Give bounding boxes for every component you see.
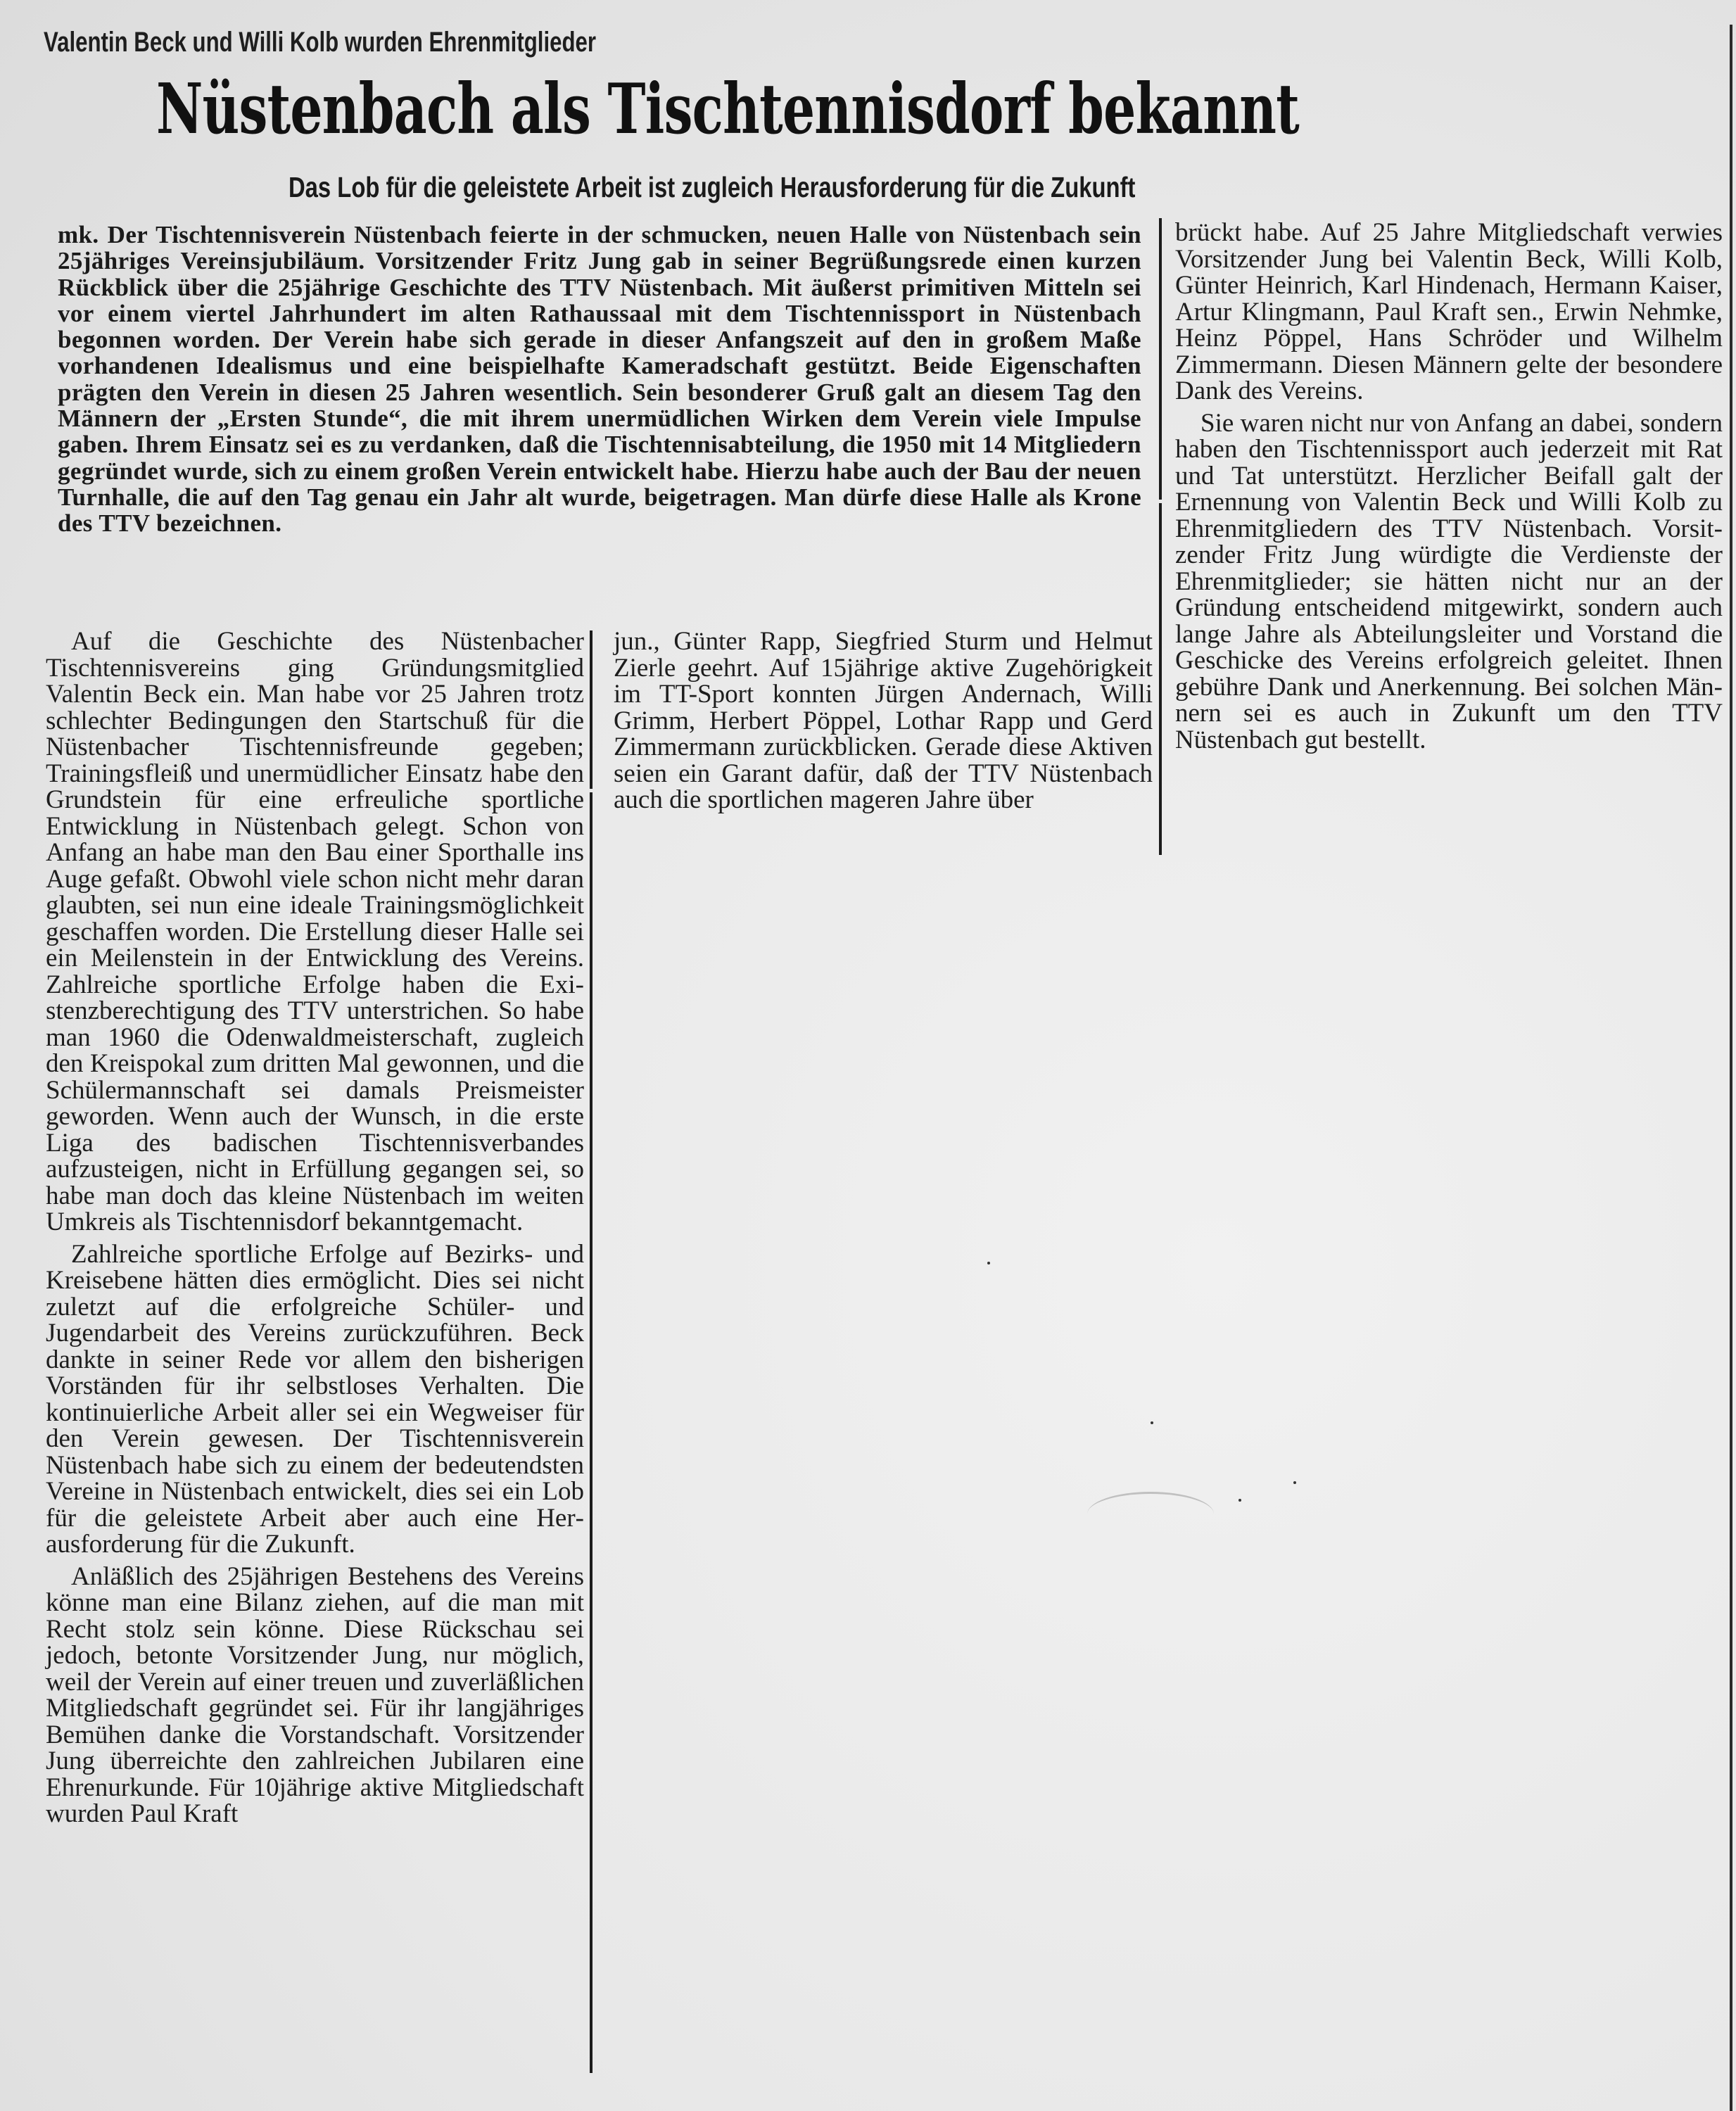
body-paragraph: jun., Günter Rapp, Siegfried Sturm und H…: [614, 628, 1153, 813]
column-rule: [1159, 503, 1162, 855]
body-paragraph: Anläßlich des 25jährigen Bestehens des V…: [46, 1564, 584, 1827]
paper-scratch-mark: [1087, 1492, 1214, 1536]
paper-speck: [1151, 1421, 1153, 1424]
paper-speck: [987, 1262, 990, 1264]
body-column-middle: jun., Günter Rapp, Siegfried Sturm und H…: [614, 628, 1153, 813]
body-paragraph: Sie waren nicht nur von Anfang an da­bei…: [1175, 410, 1723, 754]
newspaper-clipping: Valentin Beck und Willi Kolb wurden Ehre…: [0, 0, 1736, 2111]
article-headline: Nüstenbach als Tischtennisdorf bekannt: [156, 69, 1299, 150]
column-rule: [590, 630, 593, 789]
paper-speck: [1293, 1481, 1296, 1484]
column-rule: [1159, 218, 1162, 500]
article-subhead: Das Lob für die geleistete Arbeit ist zu…: [289, 171, 1135, 204]
body-paragraph: Zahlreiche sportliche Erfolge auf Be­zir…: [46, 1241, 584, 1558]
body-paragraph: Auf die Geschichte des Nüstenbacher Tisc…: [46, 628, 584, 1236]
body-paragraph: brückt habe. Auf 25 Jahre Mitgliedschaft…: [1175, 220, 1723, 405]
column-rule: [590, 792, 593, 2073]
body-column-right: brückt habe. Auf 25 Jahre Mitgliedschaft…: [1175, 220, 1723, 753]
article-kicker: Valentin Beck und Willi Kolb wurden Ehre…: [44, 27, 596, 58]
article-lead-paragraph: mk. Der Tischtennisverein Nüstenbach fei…: [58, 222, 1141, 537]
paper-speck: [1238, 1499, 1241, 1502]
body-column-left: Auf die Geschichte des Nüstenbacher Tisc…: [46, 628, 584, 1827]
page-edge-rule: [1730, 25, 1732, 2111]
